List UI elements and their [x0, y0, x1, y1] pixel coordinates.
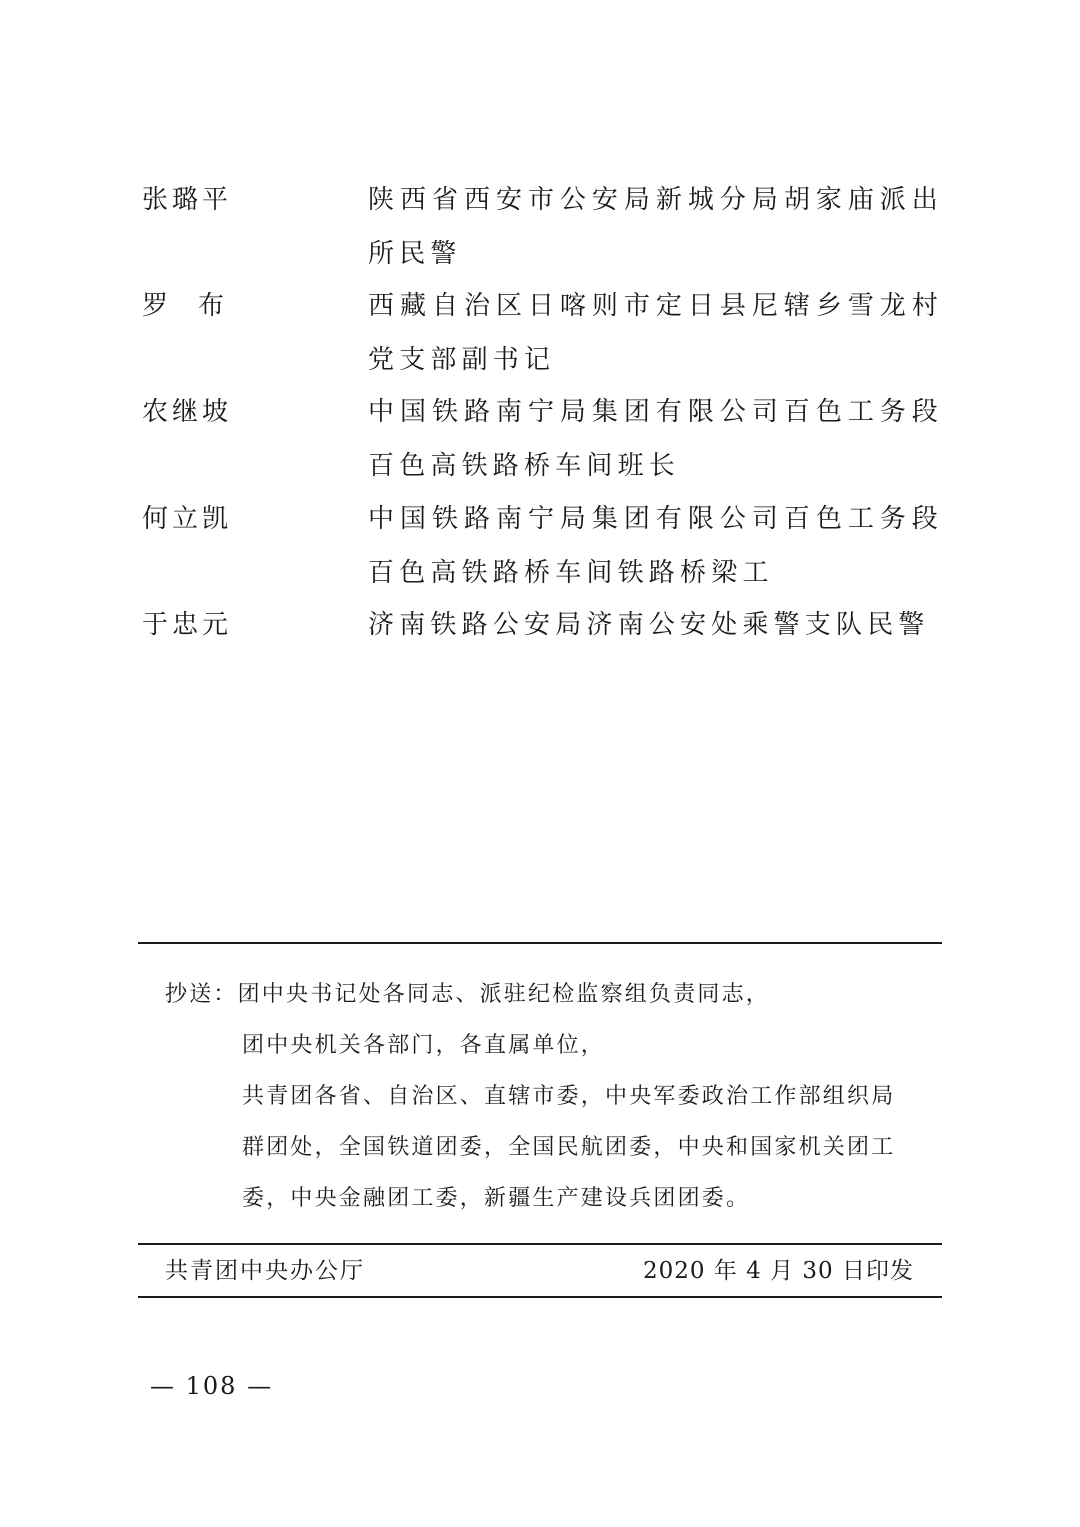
- cc-line: 抄送：团中央书记处各同志、派驻纪检监察组负责同志，: [165, 969, 945, 1020]
- entry-name-part: 罗: [142, 291, 172, 321]
- cc-section: 抄送：团中央书记处各同志、派驻纪检监察组负责同志， 团中央机关各部门，各直属单位…: [165, 969, 945, 1224]
- entry-name: 罗布: [142, 291, 228, 321]
- entry-name: 于忠元: [142, 610, 232, 640]
- issue-date: 2020 年 4 月 30 日印发: [643, 1256, 914, 1286]
- entry-name: 农继坡: [142, 397, 232, 427]
- cc-line: 委，中央金融团工委，新疆生产建设兵团团委。: [165, 1173, 945, 1224]
- divider-bottom: [138, 1296, 942, 1298]
- cc-line: 群团处，全国铁道团委，全国民航团委，中央和国家机关团工: [165, 1122, 945, 1173]
- entry-unit: 陕西省西安市公安局新城分局胡家庙派出所民警: [368, 173, 943, 281]
- entry-name-part: 布: [198, 291, 228, 321]
- cc-label: 抄送：: [165, 982, 238, 1007]
- entry-unit: 西藏自治区日喀则市定日县尼辖乡雪龙村党支部副书记: [368, 279, 943, 387]
- entry-unit: 中国铁路南宁局集团有限公司百色工务段百色高铁路桥车间班长: [368, 385, 943, 493]
- cc-line: 团中央机关各部门，各直属单位，: [165, 1020, 945, 1071]
- cc-recipients: 团中央书记处各同志、派驻纪检监察组负责同志，: [238, 982, 770, 1007]
- entry-unit: 中国铁路南宁局集团有限公司百色工务段百色高铁路桥车间铁路桥梁工: [368, 492, 943, 600]
- issuer: 共青团中央办公厅: [165, 1256, 365, 1286]
- page-number: — 108 —: [150, 1371, 273, 1401]
- entry-unit: 济南铁路公安局济南公安处乘警支队民警: [368, 598, 943, 652]
- entry-name: 张璐平: [142, 185, 232, 215]
- cc-line: 共青团各省、自治区、直辖市委，中央军委政治工作部组织局: [165, 1071, 945, 1122]
- divider-top: [138, 942, 942, 944]
- entry-name: 何立凯: [142, 504, 232, 534]
- divider-middle: [138, 1243, 942, 1245]
